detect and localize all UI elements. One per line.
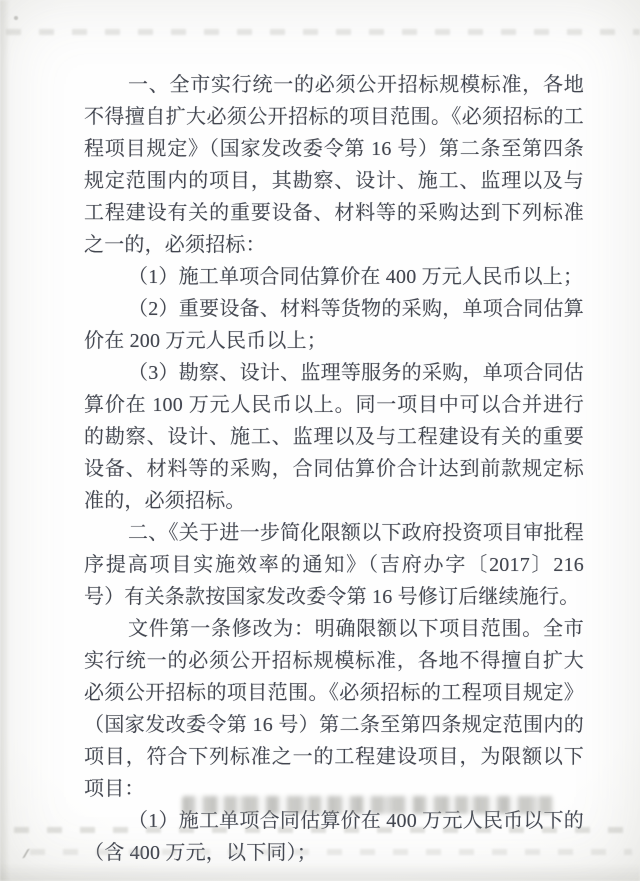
bleed-through-dashes-bottom-2 <box>30 849 632 855</box>
document-text-block: 一、全市实行统一的必须公开招标规模标准，各地不得擅自扩大必须公开招标的项目范围。… <box>84 69 584 869</box>
scan-speck <box>14 16 18 20</box>
paragraph-4-item-3-services-threshold: （3）勘察、设计、监理等服务的采购，单项合同估算价在 100 万元人民币以上。同… <box>84 357 584 517</box>
paragraph-7-item-1-below-threshold: （1）施工单项合同估算价在 400 万元人民币以下的（含 400 万元，以下同）… <box>84 805 584 869</box>
scan-edge-shadow-left <box>0 0 10 881</box>
paragraph-5-notice-revision: 二、《关于进一步简化限额以下政府投资项目审批程序提高项目实施效率的通知》（吉府办… <box>84 517 584 613</box>
bleed-through-text-smudge <box>182 796 554 814</box>
paragraph-6-article-1-amendment: 文件第一条修改为：明确限额以下项目范围。全市实行统一的必须公开招标规模标准，各地… <box>84 613 584 805</box>
paragraph-1-must-tender-standard: 一、全市实行统一的必须公开招标规模标准，各地不得擅自扩大必须公开招标的项目范围。… <box>84 69 584 261</box>
bleed-through-dashes-bottom-1 <box>14 827 640 833</box>
bleed-through-dashes-top <box>6 29 640 35</box>
paragraph-3-item-2-equipment-threshold: （2）重要设备、材料等货物的采购，单项合同估算价在 200 万元人民币以上； <box>84 293 584 357</box>
paragraph-2-item-1-construction-threshold: （1）施工单项合同估算价在 400 万元人民币以上； <box>84 261 584 293</box>
scanned-document-page: 一、全市实行统一的必须公开招标规模标准，各地不得擅自扩大必须公开招标的项目范围。… <box>0 0 640 881</box>
